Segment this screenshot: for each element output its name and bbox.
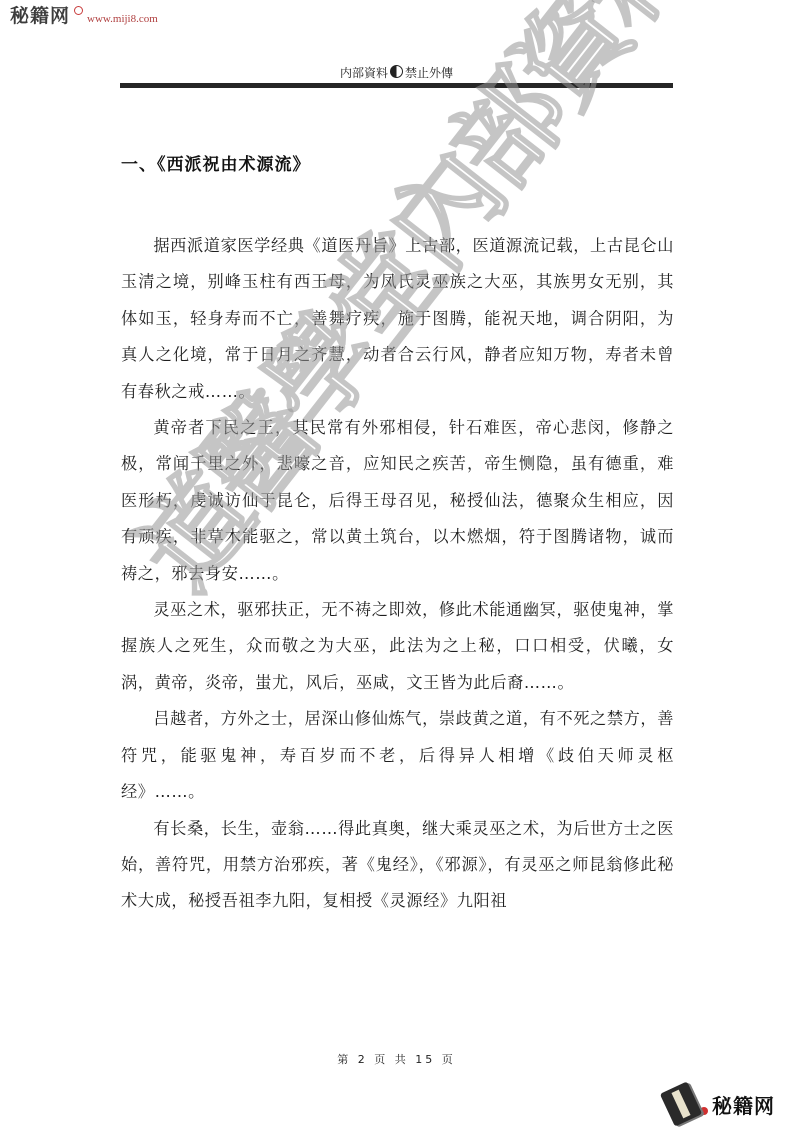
page-footer: 第 2 页 共 15 页: [120, 1051, 673, 1067]
paragraph: 有长桑，长生，壶翁……得此真奥，继大乘灵巫之术，为后世方士之医始，善符咒，用禁方…: [121, 811, 674, 920]
seal-icon: [74, 6, 83, 15]
site-logo-name: 秘籍网: [712, 1090, 775, 1119]
paragraph: 黄帝者下民之王，其民常有外邪相侵，针石难医，帝心悲闵，修静之极，常闻千里之外，悲…: [121, 410, 674, 592]
header-rule: [120, 83, 673, 88]
site-logo-top: 秘籍网 www.miji8.com: [10, 4, 158, 28]
site-logo-bottom: 秘籍网: [666, 1086, 775, 1122]
header-left-text: 内部資料: [340, 66, 388, 80]
header-right-text: 禁止外傳: [405, 66, 453, 80]
site-logo-name: 秘籍网: [10, 1, 70, 28]
paragraph: 灵巫之术，驱邪扶正，无不祷之即效，修此术能通幽冥，驱使鬼神，掌握族人之死生，众而…: [121, 592, 674, 701]
yin-yang-icon: [390, 65, 403, 78]
site-url: www.miji8.com: [87, 13, 158, 25]
paragraph: 吕越者，方外之士，居深山修仙炼气，崇歧黄之道，有不死之禁方，善符咒，能驱鬼神，寿…: [121, 701, 674, 810]
page-header: 内部資料禁止外傳: [120, 64, 673, 81]
paragraph: 据西派道家医学经典《道医丹旨》上古部，医道源流记载，上古昆仑山玉清之境，别峰玉柱…: [121, 228, 674, 410]
section-title: 一、《西派祝由术源流》: [121, 150, 311, 175]
book-icon: [660, 1081, 702, 1126]
body-text: 据西派道家医学经典《道医丹旨》上古部，医道源流记载，上古昆仑山玉清之境，别峰玉柱…: [121, 228, 674, 920]
